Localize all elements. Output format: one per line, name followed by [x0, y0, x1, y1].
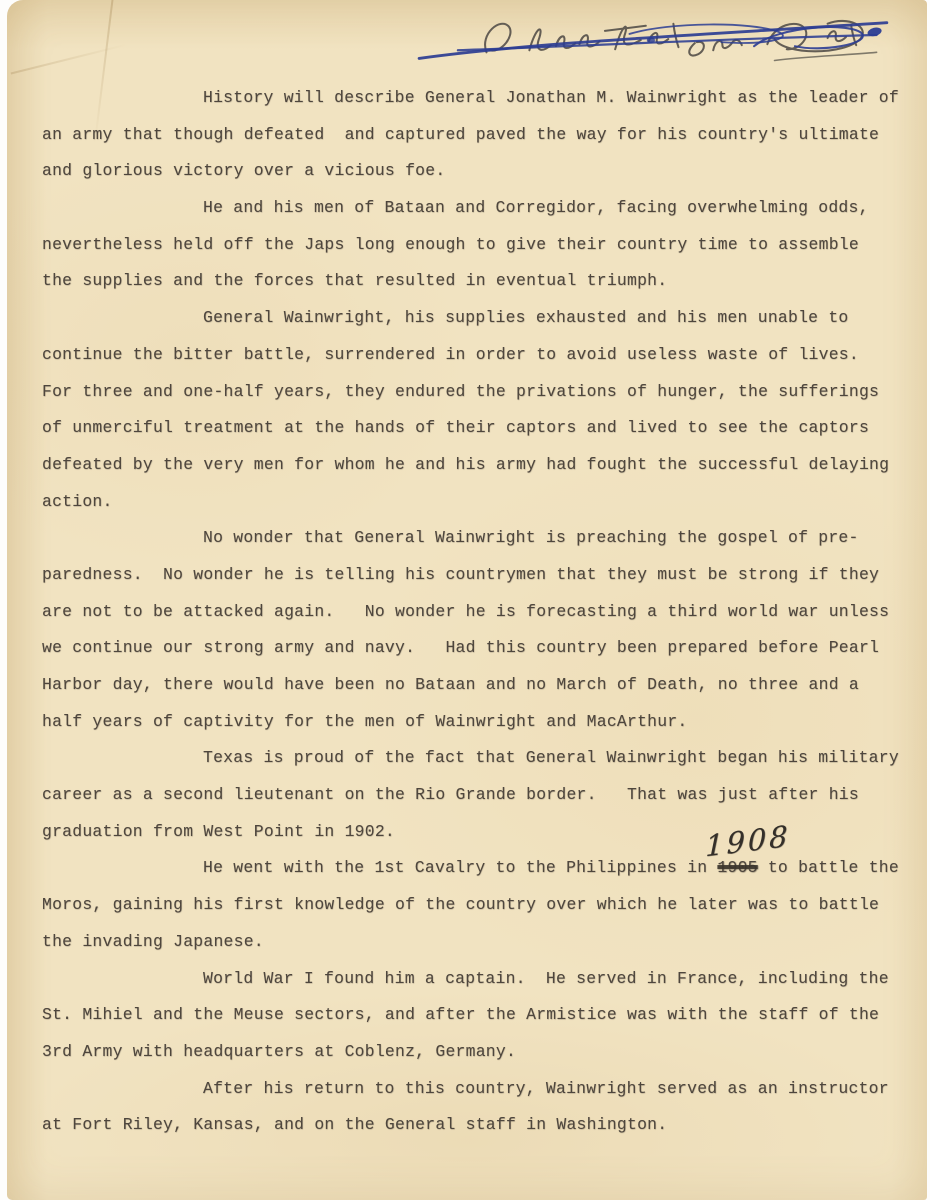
text-line: action.	[42, 484, 915, 521]
paper-crease-corner	[11, 44, 128, 74]
text-line-with-correction: He went with the 1st Cavalry to the Phil…	[42, 850, 915, 887]
text-line: an army that though defeated and capture…	[42, 117, 915, 154]
text-line: and glorious victory over a vicious foe.	[42, 153, 915, 190]
text-line: 3rd Army with headquarters at Coblenz, G…	[42, 1034, 915, 1071]
line-after-struck: to battle the	[758, 858, 899, 877]
text-line: paredness. No wonder he is telling his c…	[42, 557, 915, 594]
text-line: the invading Japanese.	[42, 924, 915, 961]
typewritten-text: History will describe General Jonathan M…	[42, 80, 915, 1144]
text-line: General Wainwright, his supplies exhaust…	[42, 300, 915, 337]
text-line: nevertheless held off the Japs long enou…	[42, 227, 915, 264]
text-line: Moros, gaining his first knowledge of th…	[42, 887, 915, 924]
text-line: World War I found him a captain. He serv…	[42, 961, 915, 998]
text-line: at Fort Riley, Kansas, and on the Genera…	[42, 1107, 915, 1144]
text-line: defeated by the very men for whom he and…	[42, 447, 915, 484]
line-before-struck: He went with the 1st Cavalry to the Phil…	[203, 858, 717, 877]
text-line: we continue our strong army and navy. Ha…	[42, 630, 915, 667]
text-line: Texas is proud of the fact that General …	[42, 740, 915, 777]
text-line: are not to be attacked again. No wonder …	[42, 594, 915, 631]
text-line: For three and one-half years, they endur…	[42, 374, 915, 411]
text-line: No wonder that General Wainwright is pre…	[42, 520, 915, 557]
text-line: After his return to this country, Wainwr…	[42, 1071, 915, 1108]
text-line: Harbor day, there would have been no Bat…	[42, 667, 915, 704]
handwritten-year-correction: 1908	[705, 822, 791, 862]
text-line: History will describe General Jonathan M…	[42, 80, 915, 117]
struck-year: 19051908	[717, 858, 757, 877]
text-line: the supplies and the forces that resulte…	[42, 263, 915, 300]
document-page: History will describe General Jonathan M…	[7, 0, 927, 1200]
text-line: continue the bitter battle, surrendered …	[42, 337, 915, 374]
text-line: He and his men of Bataan and Corregidor,…	[42, 190, 915, 227]
crossed-out-handwriting-icon	[415, 10, 895, 64]
text-line: St. Mihiel and the Meuse sectors, and af…	[42, 997, 915, 1034]
struck-year-text: 1905	[717, 858, 757, 877]
text-line: half years of captivity for the men of W…	[42, 704, 915, 741]
text-line: career as a second lieutenant on the Rio…	[42, 777, 915, 814]
text-line: of unmerciful treatment at the hands of …	[42, 410, 915, 447]
